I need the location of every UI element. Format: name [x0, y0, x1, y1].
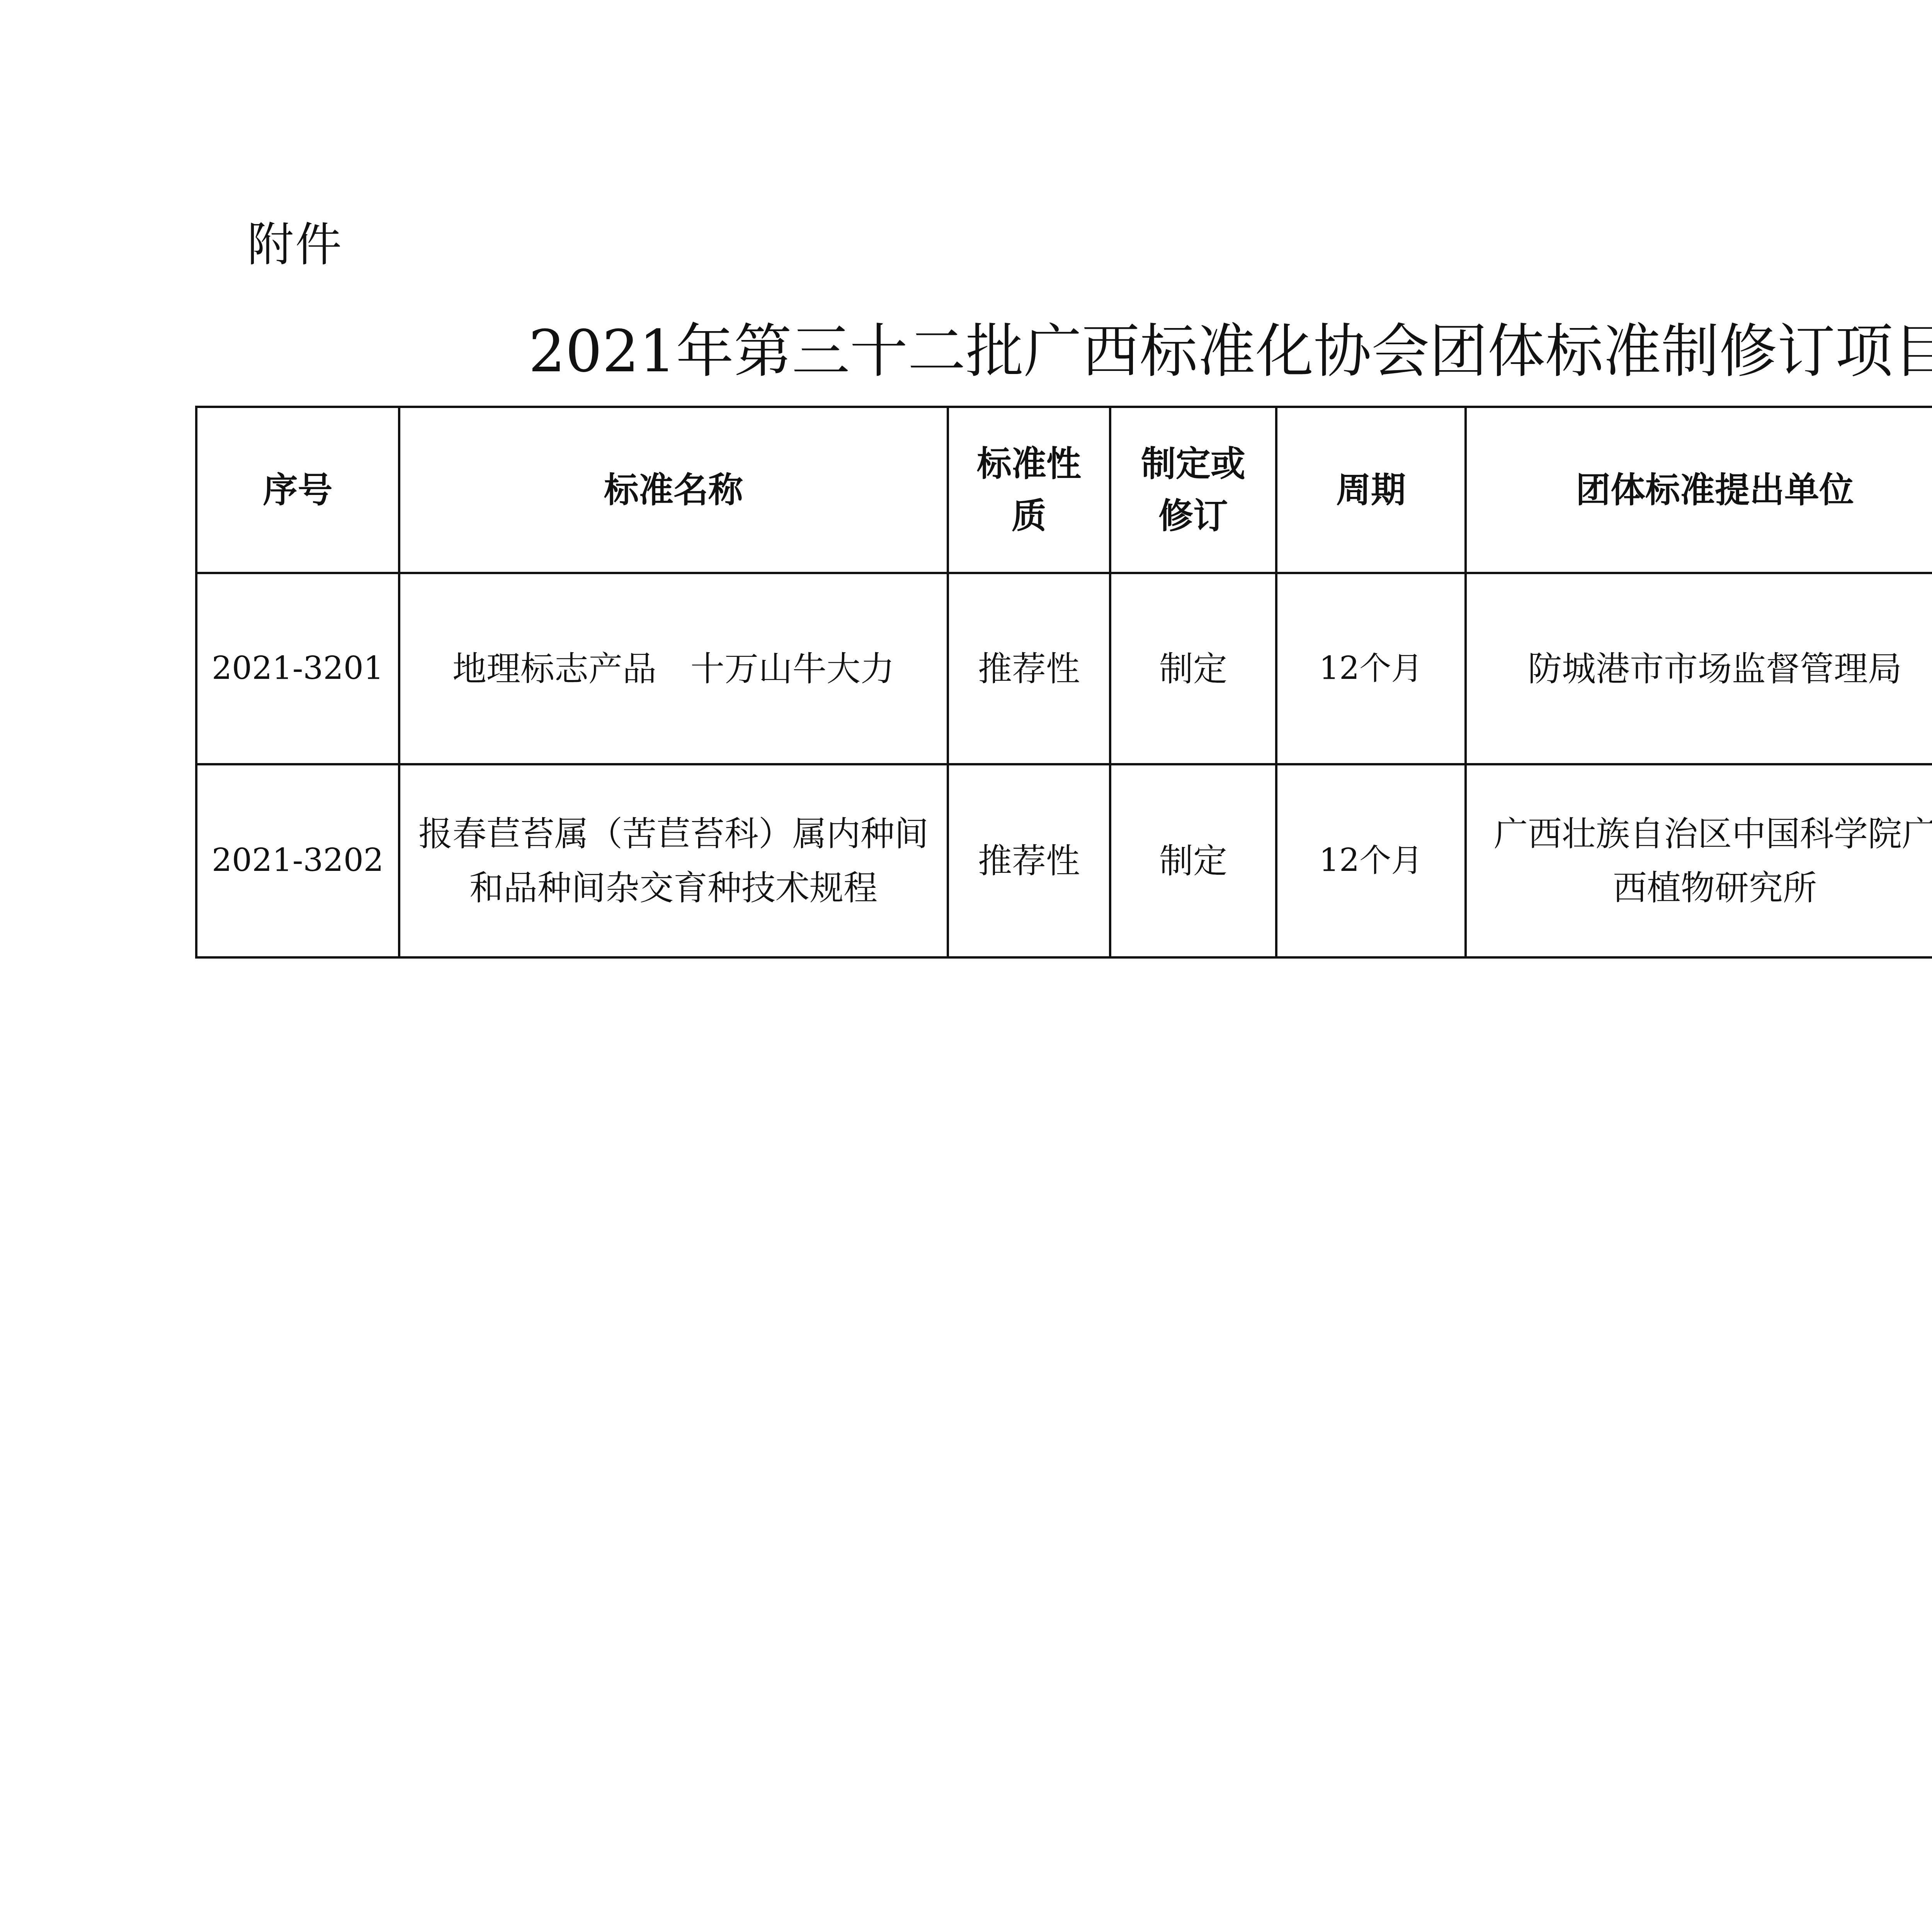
- cell-period: 12个月: [1276, 764, 1466, 957]
- table-row: 2021-3201 地理标志产品 十万山牛大力 推荐性 制定 12个月 防城港市…: [196, 573, 1932, 764]
- cell-type: 制定: [1110, 764, 1276, 957]
- cell-nature: 推荐性: [948, 573, 1110, 764]
- cell-proposer: 防城港市市场监督管理局: [1466, 573, 1932, 764]
- cell-standard-name: 报春苣苔属（苦苣苔科）属内种间和品种间杂交育种技术规程: [399, 764, 948, 957]
- header-period: 周期: [1276, 407, 1466, 573]
- page-title: 2021年第三十二批广西标准化协会团体标准制修订项目计划汇总表: [0, 323, 1932, 381]
- cell-nature: 推荐性: [948, 764, 1110, 957]
- table-row: 2021-3202 报春苣苔属（苦苣苔科）属内种间和品种间杂交育种技术规程 推荐…: [196, 764, 1932, 957]
- cell-serial: 2021-3201: [196, 573, 399, 764]
- attachment-label: 附件: [247, 222, 343, 269]
- cell-standard-name: 地理标志产品 十万山牛大力: [399, 573, 948, 764]
- table-header-row: 序号 标准名称 标准性质 制定或修订 周期 团体标准提出单位 主要负责起草单位: [196, 407, 1932, 573]
- header-standard-name: 标准名称: [399, 407, 948, 573]
- project-plan-table: 序号 标准名称 标准性质 制定或修订 周期 团体标准提出单位 主要负责起草单位 …: [195, 406, 1932, 959]
- header-standard-nature: 标准性质: [948, 407, 1110, 573]
- header-formulate-or-revise: 制定或修订: [1110, 407, 1276, 573]
- cell-serial: 2021-3202: [196, 764, 399, 957]
- header-proposer: 团体标准提出单位: [1466, 407, 1932, 573]
- cell-type: 制定: [1110, 573, 1276, 764]
- cell-period: 12个月: [1276, 573, 1466, 764]
- cell-proposer: 广西壮族自治区中国科学院广西植物研究所: [1466, 764, 1932, 957]
- header-serial: 序号: [196, 407, 399, 573]
